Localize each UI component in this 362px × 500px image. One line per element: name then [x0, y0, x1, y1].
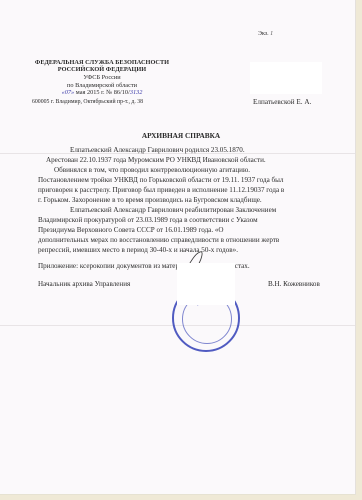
signatory-title: Начальник архива Управления [38, 279, 130, 289]
date-text: мая 2015 г. № 86/10/ [74, 89, 130, 96]
copy-mark: Экз. 1 [258, 31, 273, 37]
paragraph-1-line-1: Елпатьевский Александр Гаврилович родилс… [70, 145, 245, 155]
handwritten-date: «07» [62, 89, 75, 96]
paragraph-2-line-2: Постановлением тройки УНКВД по Горьковск… [38, 175, 283, 185]
redacted-area [250, 62, 322, 94]
document-title: АРХИВНАЯ СПРАВКА [0, 131, 356, 140]
paragraph-3-line-1: Елпатьевский Александр Гаврилович реабил… [70, 205, 276, 215]
paragraph-3-line-4: дополнительных мерах по восстановлению с… [38, 235, 279, 245]
handwritten-ref-number: 3132 [130, 89, 143, 96]
paragraph-1-line-2: Арестован 22.10.1937 года Муромским РО У… [46, 155, 266, 165]
paragraph-2-line-4: г. Горьком. Захоронение в то время произ… [38, 195, 262, 205]
paragraph-3-line-3: Президиума Верховного Совета СССР от 16.… [38, 225, 224, 235]
sender-line-3: УФСБ России [32, 74, 172, 82]
redacted-signature-area [177, 263, 235, 305]
copy-number: 1 [270, 31, 273, 37]
paragraph-2-line-3: приговорен к расстрелу. Приговор был при… [38, 185, 284, 195]
paragraph-2-line-1: Обвинялся в том, что проводил контрревол… [54, 165, 250, 175]
sender-date-ref: «07» мая 2015 г. № 86/10/3132 [32, 89, 172, 97]
document-page: Экз. 1 ФЕДЕРАЛЬНАЯ СЛУЖБА БЕЗОПАСНОСТИ Р… [0, 0, 356, 495]
copy-mark-label: Экз. [258, 31, 269, 37]
sender-address: 600005 г. Владимир, Октябрьский пр-т., д… [32, 99, 143, 105]
signatory-name: В.Н. Кожевников [268, 279, 320, 289]
paragraph-3-line-2: Владимирской прокуратурой от 23.03.1989 … [38, 215, 258, 225]
recipient-name: Елпатьевской Е. А. [253, 98, 311, 106]
sender-line-2: РОССИЙСКОЙ ФЕДЕРАЦИИ [32, 66, 172, 74]
